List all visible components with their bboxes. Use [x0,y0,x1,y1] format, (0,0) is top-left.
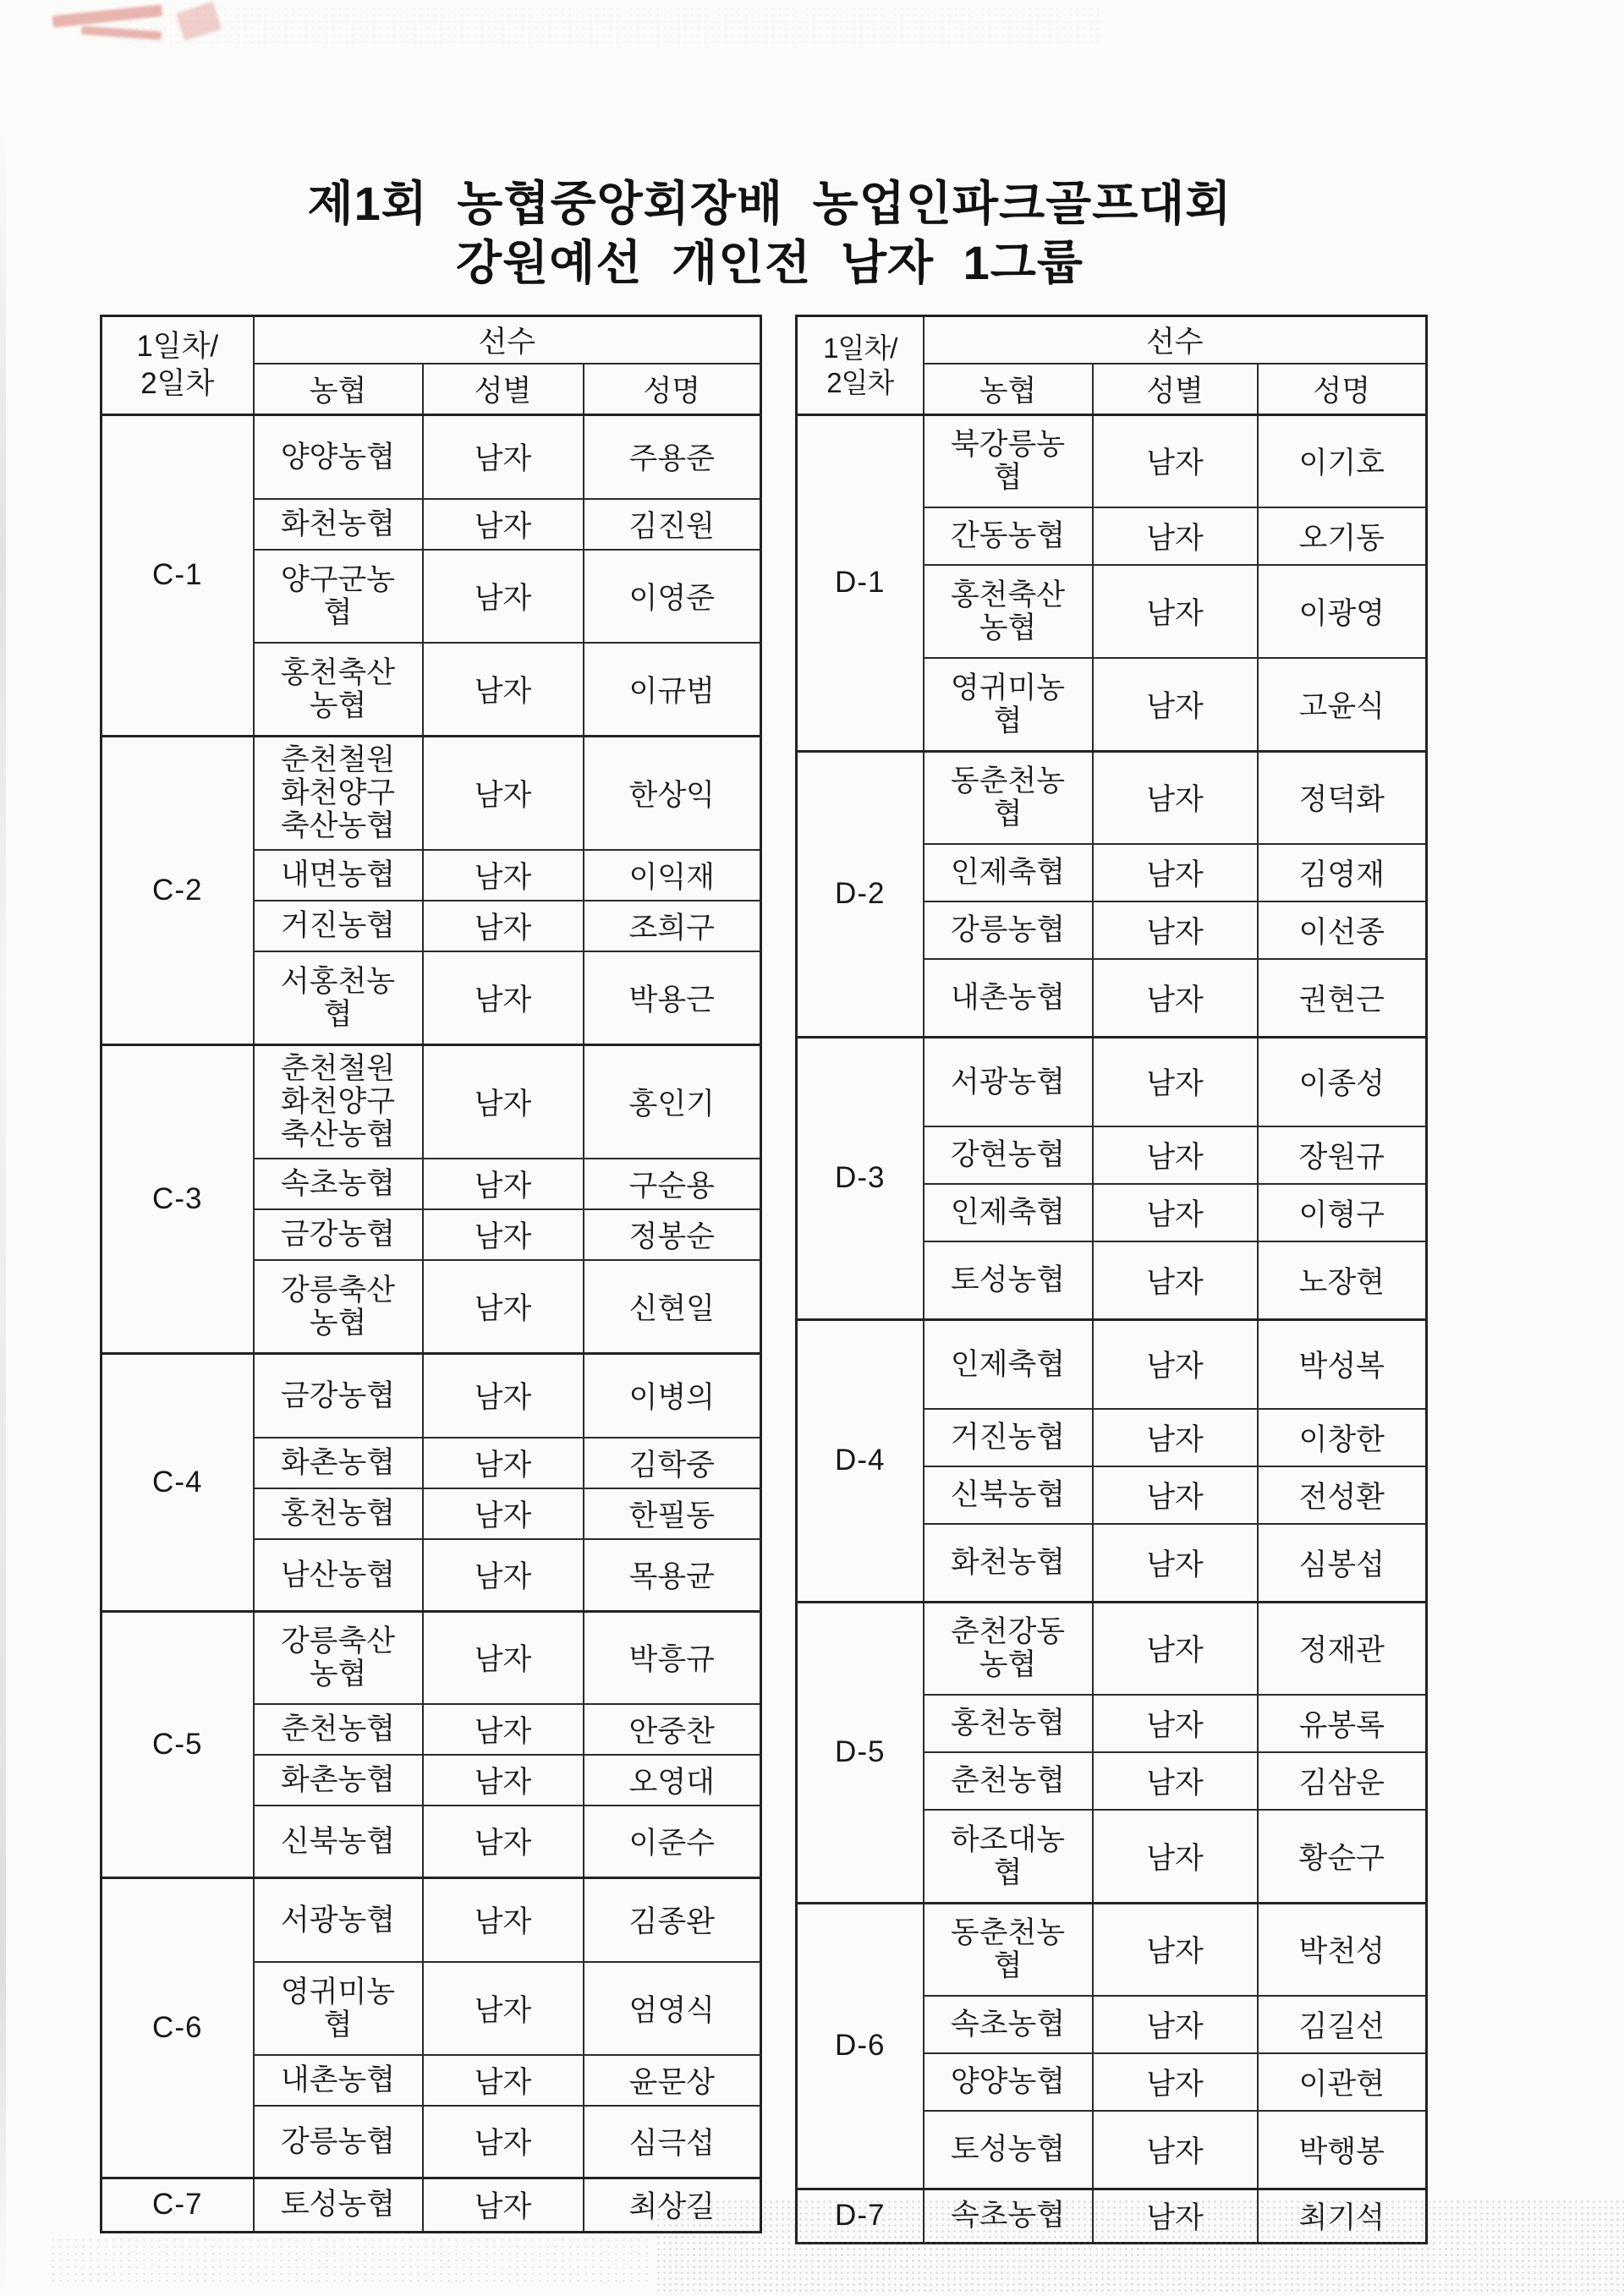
name-cell: 박용근 [584,951,761,1044]
roster-group: C-6서광농협남자김종완영귀미농 협남자엄영식내촌농협남자윤문상강릉농협남자심극… [101,1877,761,2178]
coop-cell: 속초농협 [254,1159,423,1209]
coop-cell: 춘천철원 화천양구 축산농협 [254,1044,423,1159]
gender-cell: 남자 [1093,1241,1258,1319]
roster-group: C-1양양농협남자주용준화천농협남자김진원양구군농 협남자이영준홍천축산 농협남… [101,414,761,736]
coop-cell: 춘천농협 [924,1752,1093,1810]
name-cell: 오영대 [584,1755,761,1806]
header-player: 선수 [254,316,761,364]
group-id-cell: D-6 [797,1903,924,2189]
name-cell: 박흥규 [584,1611,761,1704]
coop-cell: 홍천축산 농협 [254,643,423,736]
title-line-1: 제1회 농협중앙회장배 농업인파크골프대회 [8,174,1531,233]
coop-cell: 춘천농협 [254,1704,423,1755]
name-cell: 전성환 [1258,1466,1427,1524]
group-id-cell: C-7 [101,2178,254,2232]
gender-cell: 남자 [423,1488,584,1539]
coop-cell: 영귀미농 협 [254,1962,423,2055]
group-id-cell: C-6 [101,1877,254,2178]
coop-cell: 강릉농협 [924,901,1093,959]
coop-cell: 양양농협 [924,2053,1093,2111]
coop-cell: 홍천농협 [924,1695,1093,1752]
gender-cell: 남자 [423,550,584,643]
group-id-cell: C-2 [101,736,254,1044]
name-cell: 김진원 [584,499,761,550]
roster-group: C-4금강농협남자이병의화촌농협남자김학중홍천농협남자한필동남산농협남자목용균 [101,1353,761,1611]
name-cell: 신현일 [584,1260,761,1353]
coop-cell: 서광농협 [254,1877,423,1962]
header-day: 1일차/ 2일차 [797,316,924,415]
gender-cell: 남자 [423,1209,584,1260]
roster-group: D-4인제축협남자박성복거진농협남자이창한신북농협남자전성환화천농협남자심봉섭 [797,1319,1427,1602]
gender-cell: 남자 [423,901,584,951]
name-cell: 이영준 [584,550,761,643]
gender-cell: 남자 [423,850,584,901]
gender-cell: 남자 [423,414,584,499]
gender-cell: 남자 [1093,1524,1258,1602]
gender-cell: 남자 [1093,1996,1258,2053]
group-id-cell: D-4 [797,1319,924,1602]
table-header: 1일차/ 2일차선수농협성별성명 [797,316,1427,415]
table-row: D-5춘천강동 농협남자정재관 [797,1602,1427,1695]
group-id-cell: C-1 [101,414,254,736]
gender-cell: 남자 [423,951,584,1044]
name-cell: 김삼운 [1258,1752,1427,1810]
name-cell: 이형구 [1258,1184,1427,1241]
group-id-cell: D-2 [797,751,924,1037]
coop-cell: 금강농협 [254,1353,423,1438]
coop-cell: 간동농협 [924,507,1093,565]
roster-table-group-d: 1일차/ 2일차선수농협성별성명D-1북강릉농 협남자이기호간동농협남자오기동홍… [795,315,1428,2244]
coop-cell: 하조대농 협 [924,1810,1093,1903]
name-cell: 박천성 [1258,1903,1427,1996]
name-cell: 이광영 [1258,565,1427,658]
gender-cell: 남자 [423,736,584,850]
name-cell: 이창한 [1258,1409,1427,1466]
gender-cell: 남자 [1093,844,1258,901]
table-row: C-5강릉축산 농협남자박흥규 [101,1611,761,1704]
coop-cell: 양양농협 [254,414,423,499]
header-gender: 성별 [1093,364,1258,414]
roster-group: D-5춘천강동 농협남자정재관홍천농협남자유봉록춘천농협남자김삼운하조대농 협남… [797,1602,1427,1903]
coop-cell: 내면농협 [254,850,423,901]
name-cell: 심극섭 [584,2106,761,2178]
header-coop: 농협 [924,364,1093,414]
coop-cell: 강릉축산 농협 [254,1611,423,1704]
header-player: 선수 [924,316,1427,364]
coop-cell: 강릉축산 농협 [254,1260,423,1353]
header-gender: 성별 [423,364,584,414]
name-cell: 정봉순 [584,1209,761,1260]
coop-cell: 인제축협 [924,844,1093,901]
gender-cell: 남자 [423,2055,584,2106]
table-row: D-2동춘천농 협남자정덕화 [797,751,1427,844]
coop-cell: 서홍천농 협 [254,951,423,1044]
name-cell: 이준수 [584,1806,761,1877]
gender-cell: 남자 [423,1806,584,1877]
gender-cell: 남자 [423,2106,584,2178]
coop-cell: 화촌농협 [254,1755,423,1806]
name-cell: 조희구 [584,901,761,951]
name-cell: 권현근 [1258,959,1427,1037]
name-cell: 황순구 [1258,1810,1427,1903]
roster-table-group-c: 1일차/ 2일차선수농협성별성명C-1양양농협남자주용준화천농협남자김진원양구군… [100,315,762,2233]
gender-cell: 남자 [423,2178,584,2232]
gender-cell: 남자 [1093,959,1258,1037]
name-cell: 김영재 [1258,844,1427,901]
scan-artifact-halftone-right [656,2199,1624,2293]
roster-group: D-6동춘천농 협남자박천성속초농협남자김길선양양농협남자이관현토성농협남자박행… [797,1903,1427,2189]
name-cell: 이익재 [584,850,761,901]
gender-cell: 남자 [423,499,584,550]
name-cell: 윤문상 [584,2055,761,2106]
gender-cell: 남자 [1093,1126,1258,1184]
coop-cell: 북강릉농 협 [924,414,1093,507]
name-cell: 박행봉 [1258,2111,1427,2189]
coop-cell: 화촌농협 [254,1438,423,1488]
coop-cell: 거진농협 [924,1409,1093,1466]
gender-cell: 남자 [423,1611,584,1704]
name-cell: 이병의 [584,1353,761,1438]
coop-cell: 신북농협 [254,1806,423,1877]
table-row: C-4금강농협남자이병의 [101,1353,761,1438]
table-row: C-1양양농협남자주용준 [101,414,761,499]
name-cell: 심봉섭 [1258,1524,1427,1602]
coop-cell: 신북농협 [924,1466,1093,1524]
gender-cell: 남자 [1093,507,1258,565]
gender-cell: 남자 [423,1539,584,1611]
gender-cell: 남자 [1093,1602,1258,1695]
group-id-cell: C-5 [101,1611,254,1877]
gender-cell: 남자 [1093,2053,1258,2111]
roster-group: C-2춘천철원 화천양구 축산농협남자한상익내면농협남자이익재거진농협남자조희구… [101,736,761,1044]
coop-cell: 거진농협 [254,901,423,951]
roster-group: D-1북강릉농 협남자이기호간동농협남자오기동홍천축산 농협남자이광영영귀미농 … [797,414,1427,751]
table-row: C-6서광농협남자김종완 [101,1877,761,1962]
gender-cell: 남자 [1093,1409,1258,1466]
coop-cell: 토성농협 [924,1241,1093,1319]
gender-cell: 남자 [1093,1319,1258,1409]
coop-cell: 춘천강동 농협 [924,1602,1093,1695]
name-cell: 박성복 [1258,1319,1427,1409]
name-cell: 엄영식 [584,1962,761,2055]
gender-cell: 남자 [1093,1037,1258,1126]
header-coop: 농협 [254,364,423,414]
name-cell: 김종완 [584,1877,761,1962]
coop-cell: 토성농협 [924,2111,1093,2189]
roster-group: C-3춘천철원 화천양구 축산농협남자홍인기속초농협남자구순용금강농협남자정봉순… [101,1044,761,1353]
table-row: C-2춘천철원 화천양구 축산농협남자한상익 [101,736,761,850]
name-cell: 노장현 [1258,1241,1427,1319]
coop-cell: 춘천철원 화천양구 축산농협 [254,736,423,850]
name-cell: 한필동 [584,1488,761,1539]
roster-group: D-3서광농협남자이종성강현농협남자장원규인제축협남자이형구토성농협남자노장현 [797,1037,1427,1319]
title-line-2: 강원예선 개인전 남자 1그룹 [8,233,1531,293]
gender-cell: 남자 [423,1044,584,1159]
name-cell: 안중찬 [584,1704,761,1755]
name-cell: 이종성 [1258,1037,1427,1126]
gender-cell: 남자 [423,1962,584,2055]
gender-cell: 남자 [1093,1810,1258,1903]
gender-cell: 남자 [423,1260,584,1353]
gender-cell: 남자 [423,643,584,736]
coop-cell: 홍천농협 [254,1488,423,1539]
coop-cell: 동춘천농 협 [924,751,1093,844]
group-id-cell: D-5 [797,1602,924,1903]
group-id-cell: C-3 [101,1044,254,1353]
gender-cell: 남자 [1093,901,1258,959]
coop-cell: 양구군농 협 [254,550,423,643]
coop-cell: 화천농협 [254,499,423,550]
table-row: D-1북강릉농 협남자이기호 [797,414,1427,507]
name-cell: 이관현 [1258,2053,1427,2111]
coop-cell: 화천농협 [924,1524,1093,1602]
name-cell: 이규범 [584,643,761,736]
gender-cell: 남자 [423,1353,584,1438]
coop-cell: 속초농협 [924,1996,1093,2053]
gender-cell: 남자 [1093,751,1258,844]
header-name: 성명 [1258,364,1427,414]
roster-group: D-2동춘천농 협남자정덕화인제축협남자김영재강릉농협남자이선종내촌농협남자권현… [797,751,1427,1037]
gender-cell: 남자 [1093,2111,1258,2189]
coop-cell: 내촌농협 [924,959,1093,1037]
scan-artifact-edge-streak [0,127,6,2292]
gender-cell: 남자 [423,1877,584,1962]
gender-cell: 남자 [423,1438,584,1488]
coop-cell: 인제축협 [924,1319,1093,1409]
gender-cell: 남자 [423,1159,584,1209]
name-cell: 정재관 [1258,1602,1427,1695]
name-cell: 김학중 [584,1438,761,1488]
table-row: D-6동춘천농 협남자박천성 [797,1903,1427,1996]
name-cell: 홍인기 [584,1044,761,1159]
table-row: D-4인제축협남자박성복 [797,1319,1427,1409]
coop-cell: 인제축협 [924,1184,1093,1241]
gender-cell: 남자 [1093,1466,1258,1524]
gender-cell: 남자 [1093,414,1258,507]
gender-cell: 남자 [423,1755,584,1806]
scan-artifact-top-speckle [127,5,1100,46]
name-cell: 장원규 [1258,1126,1427,1184]
coop-cell: 영귀미농 협 [924,658,1093,751]
name-cell: 오기동 [1258,507,1427,565]
name-cell: 한상익 [584,736,761,850]
gender-cell: 남자 [1093,565,1258,658]
coop-cell: 강릉농협 [254,2106,423,2178]
coop-cell: 금강농협 [254,1209,423,1260]
gender-cell: 남자 [1093,658,1258,751]
name-cell: 정덕화 [1258,751,1427,844]
gender-cell: 남자 [1093,1903,1258,1996]
coop-cell: 내촌농협 [254,2055,423,2106]
name-cell: 이선종 [1258,901,1427,959]
name-cell: 고윤식 [1258,658,1427,751]
table-header: 1일차/ 2일차선수농협성별성명 [101,316,761,415]
name-cell: 주용준 [584,414,761,499]
coop-cell: 동춘천농 협 [924,1903,1093,1996]
gender-cell: 남자 [423,1704,584,1755]
name-cell: 이기호 [1258,414,1427,507]
header-day: 1일차/ 2일차 [101,316,254,415]
group-id-cell: C-4 [101,1353,254,1611]
coop-cell: 남산농협 [254,1539,423,1611]
name-cell: 유봉록 [1258,1695,1427,1752]
group-id-cell: D-3 [797,1037,924,1319]
header-name: 성명 [584,364,761,414]
name-cell: 구순용 [584,1159,761,1209]
gender-cell: 남자 [1093,1752,1258,1810]
gender-cell: 남자 [1093,1184,1258,1241]
name-cell: 목용균 [584,1539,761,1611]
name-cell: 김길선 [1258,1996,1427,2053]
table-row: D-3서광농협남자이종성 [797,1037,1427,1126]
coop-cell: 홍천축산 농협 [924,565,1093,658]
coop-cell: 토성농협 [254,2178,423,2232]
scan-artifact-halftone-left [49,2237,650,2283]
coop-cell: 강현농협 [924,1126,1093,1184]
group-id-cell: D-1 [797,414,924,751]
table-row: C-3춘천철원 화천양구 축산농협남자홍인기 [101,1044,761,1159]
page-title: 제1회 농협중앙회장배 농업인파크골프대회 강원예선 개인전 남자 1그룹 [8,174,1531,293]
roster-group: C-5강릉축산 농협남자박흥규춘천농협남자안중찬화촌농협남자오영대신북농협남자이… [101,1611,761,1877]
gender-cell: 남자 [1093,1695,1258,1752]
coop-cell: 서광농협 [924,1037,1093,1126]
